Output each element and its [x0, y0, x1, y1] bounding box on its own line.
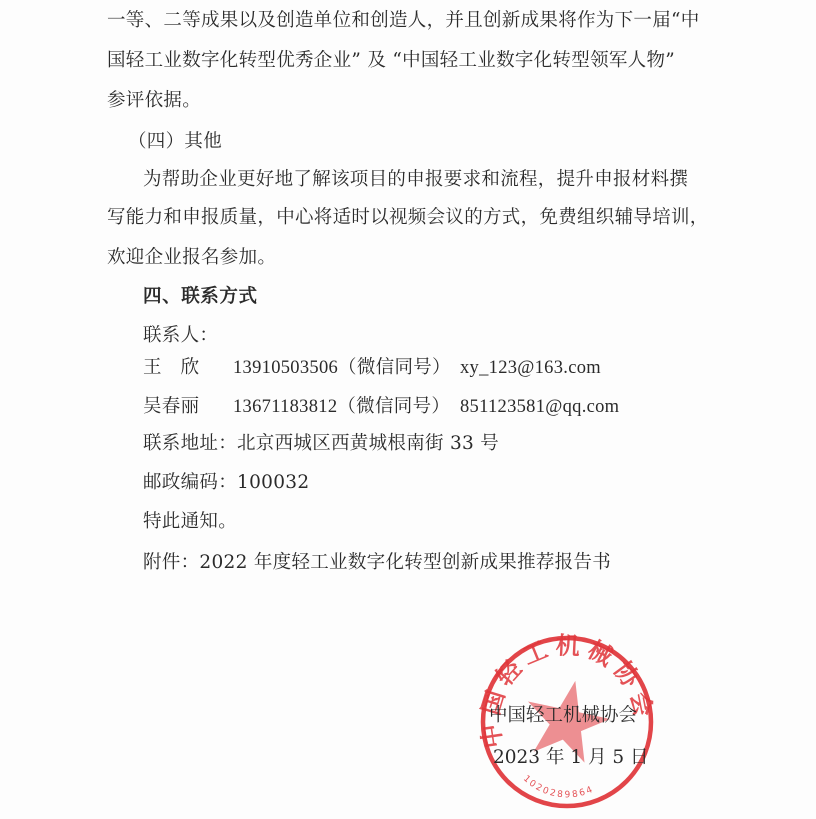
contact-name: 王 欣 [143, 356, 233, 380]
contact-email: 851123581@qq.com [460, 395, 619, 419]
paragraph-line: 写能力和申报质量，中心将适时以视频会议的方式，免费组织辅导培训， [107, 206, 709, 230]
paragraph-line: 为帮助企业更好地了解该项目的申报要求和流程，提升申报材料撰 [143, 168, 688, 192]
contact-postcode: 邮政编码：100032 [143, 471, 309, 495]
contact-address: 联系地址：北京西城区西黄城根南街 33 号 [143, 432, 499, 456]
signature-date: 2023 年 1 月 5 日 [493, 746, 649, 770]
paragraph-line: 国轻工业数字化转型优秀企业” 及 “中国轻工业数字化转型领军人物” [107, 49, 675, 73]
contacts-label: 联系人： [143, 324, 218, 348]
paragraph-line: 参评依据。 [107, 89, 201, 113]
contact-row: 王 欣13910503506（微信同号）xy_123@163.com [143, 356, 601, 380]
contact-email: xy_123@163.com [460, 356, 601, 380]
paragraph-line: 一等、二等成果以及创造单位和创造人，并且创新成果将作为下一届“中 [107, 9, 700, 33]
attachment-note: 附件：2022 年度轻工业数字化转型创新成果推荐报告书 [143, 551, 611, 575]
paragraph-line: 欢迎企业报名参加。 [107, 246, 276, 270]
section-heading-contact: 四、联系方式 [143, 285, 258, 309]
contact-name: 吴春丽 [143, 395, 233, 419]
signature-organization: 中国轻工机械协会 [489, 704, 637, 728]
contact-row: 吴春丽13671183812（微信同号）851123581@qq.com [143, 395, 619, 419]
contact-phone: 13671183812（微信同号） [233, 395, 460, 419]
sub-heading-other: （四）其他 [128, 130, 222, 154]
closing-text: 特此通知。 [143, 510, 237, 534]
document-page: 一等、二等成果以及创造单位和创造人，并且创新成果将作为下一届“中 国轻工业数字化… [0, 0, 816, 819]
contact-phone: 13910503506（微信同号） [233, 356, 460, 380]
